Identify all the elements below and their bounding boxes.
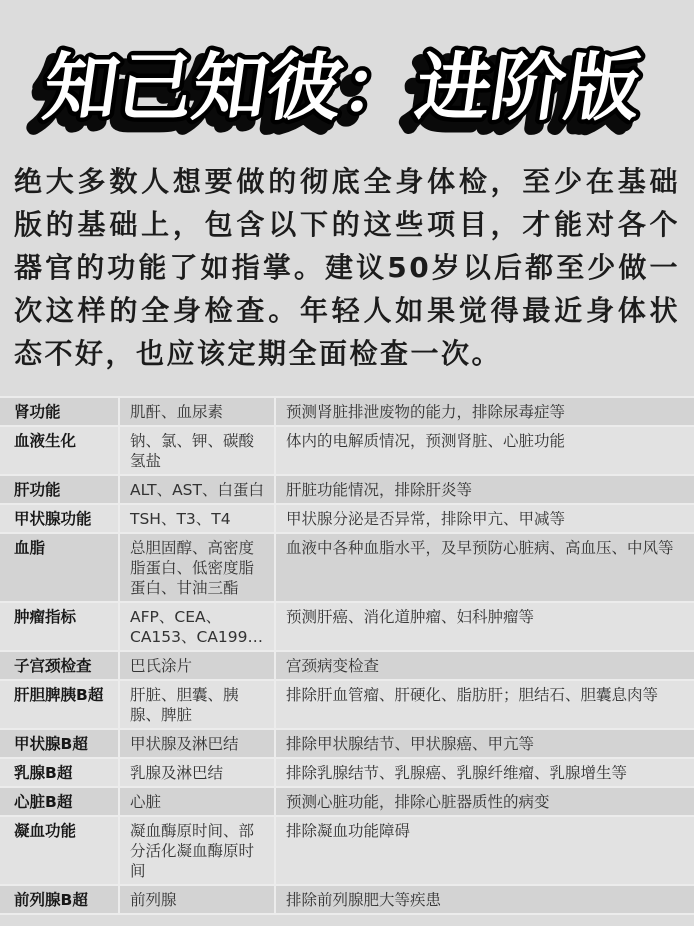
cell-purpose: 预测肾脏排泄废物的能力，排除尿毒症等 <box>274 398 694 425</box>
table-row: 肾功能 肌酐、血尿素 预测肾脏排泄废物的能力，排除尿毒症等 <box>0 398 694 427</box>
cell-purpose: 排除乳腺结节、乳腺癌、乳腺纤维瘤、乳腺增生等 <box>274 759 694 786</box>
cell-category: 心脏B超 <box>0 788 118 815</box>
cell-category: 肝功能 <box>0 476 118 503</box>
table-row: 肝功能 ALT、AST、白蛋白 肝脏功能情况，排除肝炎等 <box>0 476 694 505</box>
page-title-text: 知己知彼：进阶版 <box>38 44 646 131</box>
cell-category: 甲状腺功能 <box>0 505 118 532</box>
cell-purpose: 排除肝血管瘤、肝硬化、脂肪肝；胆结石、胆囊息肉等 <box>274 681 694 728</box>
cell-items: 钠、氯、钾、碳酸氢盐 <box>118 427 274 474</box>
cell-purpose: 甲状腺分泌是否异常，排除甲亢、甲减等 <box>274 505 694 532</box>
cell-purpose: 排除凝血功能障碍 <box>274 817 694 884</box>
cell-purpose: 排除甲状腺结节、甲状腺癌、甲亢等 <box>274 730 694 757</box>
cell-category: 肝胆脾胰B超 <box>0 681 118 728</box>
cell-items: 心脏 <box>118 788 274 815</box>
table-row: 肝胆脾胰B超 肝脏、胆囊、胰腺、脾脏 排除肝血管瘤、肝硬化、脂肪肝；胆结石、胆囊… <box>0 681 694 730</box>
cell-items: 甲状腺及淋巴结 <box>118 730 274 757</box>
cell-items: ALT、AST、白蛋白 <box>118 476 274 503</box>
cell-items: AFP、CEA、CA153、CA199… <box>118 603 274 650</box>
page: 知己知彼：进阶版 知己知彼：进阶版 绝大多数人想要做的彻底全身体检，至少在基础版… <box>0 0 694 926</box>
cell-purpose: 体内的电解质情况，预测肾脏、心脏功能 <box>274 427 694 474</box>
table-row: 子宫颈检查 巴氏涂片 宫颈病变检查 <box>0 652 694 681</box>
cell-category: 肿瘤指标 <box>0 603 118 650</box>
cell-category: 凝血功能 <box>0 817 118 884</box>
table-row: 血液生化 钠、氯、钾、碳酸氢盐 体内的电解质情况，预测肾脏、心脏功能 <box>0 427 694 476</box>
cell-items: 肝脏、胆囊、胰腺、脾脏 <box>118 681 274 728</box>
cell-purpose: 预测心脏功能，排除心脏器质性的病变 <box>274 788 694 815</box>
cell-category: 血脂 <box>0 534 118 601</box>
table-row: 血脂 总胆固醇、高密度脂蛋白、低密度脂蛋白、甘油三酯 血液中各种血脂水平，及早预… <box>0 534 694 603</box>
cell-category: 肾功能 <box>0 398 118 425</box>
table-row: 前列腺B超 前列腺 排除前列腺肥大等疾患 <box>0 886 694 915</box>
cell-items: 肌酐、血尿素 <box>118 398 274 425</box>
table-row: 心脏B超 心脏 预测心脏功能，排除心脏器质性的病变 <box>0 788 694 817</box>
table-row: 甲状腺B超 甲状腺及淋巴结 排除甲状腺结节、甲状腺癌、甲亢等 <box>0 730 694 759</box>
cell-items: 前列腺 <box>118 886 274 913</box>
cell-items: 总胆固醇、高密度脂蛋白、低密度脂蛋白、甘油三酯 <box>118 534 274 601</box>
cell-category: 前列腺B超 <box>0 886 118 913</box>
intro-paragraph: 绝大多数人想要做的彻底全身体检，至少在基础版的基础上，包含以下的这些项目，才能对… <box>14 160 680 375</box>
cell-purpose: 血液中各种血脂水平，及早预防心脏病、高血压、中风等 <box>274 534 694 601</box>
cell-items: 乳腺及淋巴结 <box>118 759 274 786</box>
page-title: 知己知彼：进阶版 知己知彼：进阶版 <box>6 18 694 144</box>
title-banner: 知己知彼：进阶版 知己知彼：进阶版 <box>0 0 694 144</box>
cell-category: 甲状腺B超 <box>0 730 118 757</box>
table-row: 甲状腺功能 TSH、T3、T4 甲状腺分泌是否异常，排除甲亢、甲减等 <box>0 505 694 534</box>
table-row: 乳腺B超 乳腺及淋巴结 排除乳腺结节、乳腺癌、乳腺纤维瘤、乳腺增生等 <box>0 759 694 788</box>
table-row: 肿瘤指标 AFP、CEA、CA153、CA199… 预测肝癌、消化道肿瘤、妇科肿… <box>0 603 694 652</box>
cell-purpose: 肝脏功能情况，排除肝炎等 <box>274 476 694 503</box>
cell-purpose: 预测肝癌、消化道肿瘤、妇科肿瘤等 <box>274 603 694 650</box>
cell-category: 子宫颈检查 <box>0 652 118 679</box>
cell-items: 巴氏涂片 <box>118 652 274 679</box>
cell-category: 乳腺B超 <box>0 759 118 786</box>
cell-purpose: 宫颈病变检查 <box>274 652 694 679</box>
table-row: 凝血功能 凝血酶原时间、部分活化凝血酶原时间 排除凝血功能障碍 <box>0 817 694 886</box>
cell-category: 血液生化 <box>0 427 118 474</box>
cell-purpose: 排除前列腺肥大等疾患 <box>274 886 694 913</box>
cell-items: TSH、T3、T4 <box>118 505 274 532</box>
cell-items: 凝血酶原时间、部分活化凝血酶原时间 <box>118 817 274 884</box>
checkup-table: 肾功能 肌酐、血尿素 预测肾脏排泄废物的能力，排除尿毒症等 血液生化 钠、氯、钾… <box>0 396 694 915</box>
